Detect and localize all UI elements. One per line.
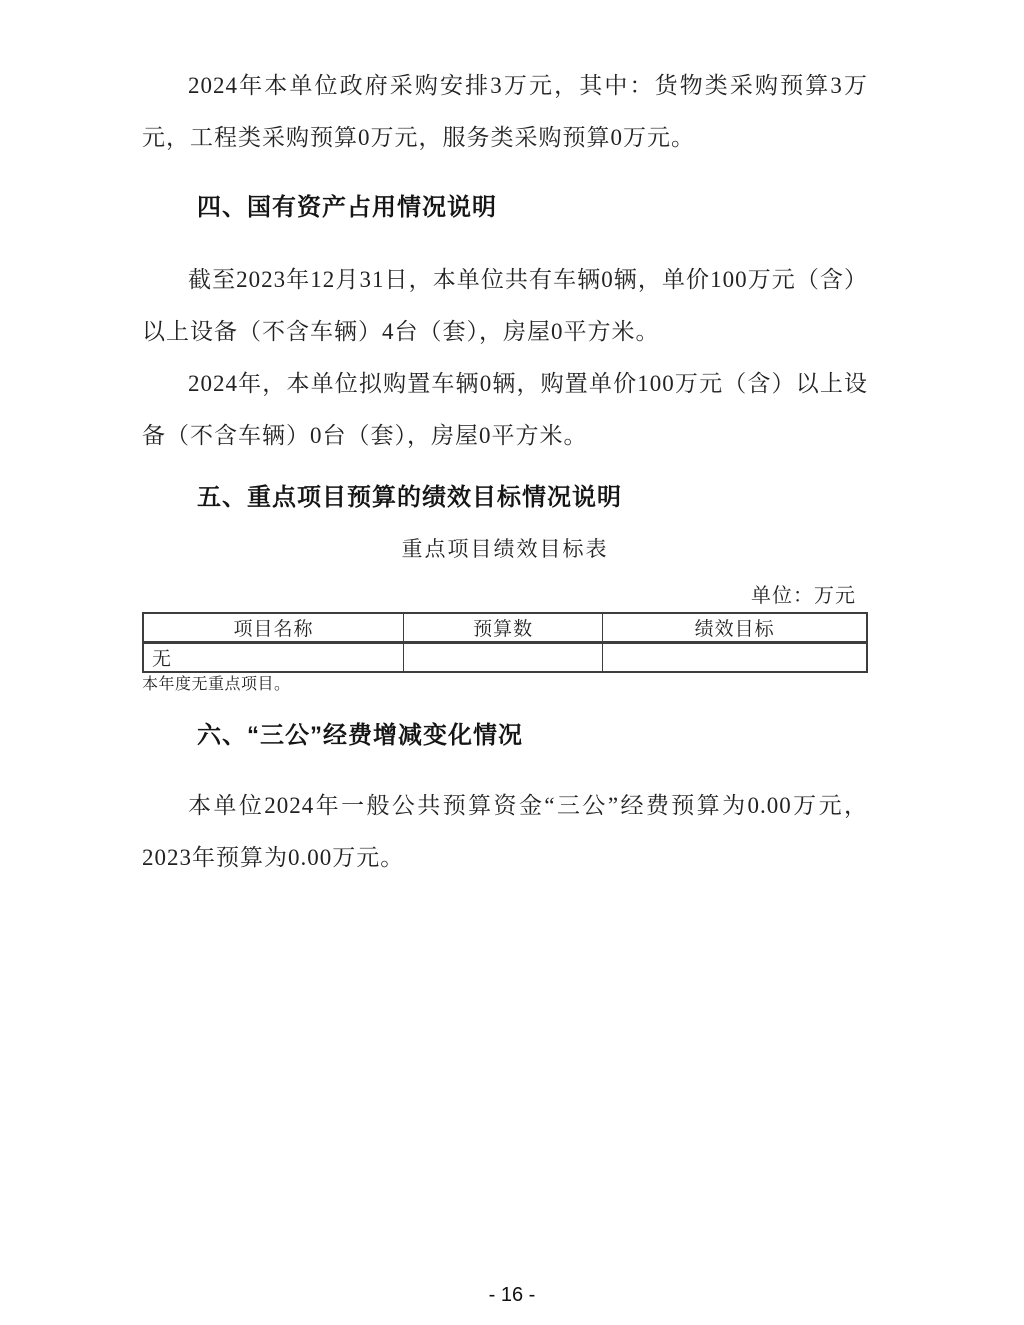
table-unit-label: 单位：万元 [142,582,868,610]
paragraph-assets-current: 截至2023年12月31日，本单位共有车辆0辆，单价100万元（含）以上设备（不… [142,254,868,358]
cell-project-name: 无 [143,643,404,673]
heading-section6: 六、“三公”经费增减变化情况 [142,710,868,762]
page-number: - 16 - [0,1284,1024,1307]
heading-section5: 五、重点项目预算的绩效目标情况说明 [142,472,868,524]
table-header-project-name: 项目名称 [143,613,404,643]
table-header-budget: 预算数 [404,613,603,643]
paragraph-procurement: 2024年本单位政府采购安排3万元，其中：货物类采购预算3万元，工程类采购预算0… [142,60,868,164]
table-note: 本年度无重点项目。 [142,674,868,696]
cell-performance-target [603,643,867,673]
table-row: 无 [143,643,867,673]
performance-target-table: 项目名称 预算数 绩效目标 无 [142,612,868,673]
paragraph-sangong: 本单位2024年一般公共预算资金“三公”经费预算为0.00万元，2023年预算为… [142,780,868,884]
paragraph-assets-planned: 2024年，本单位拟购置车辆0辆，购置单价100万元（含）以上设备（不含车辆）0… [142,358,868,462]
document-page: 2024年本单位政府采购安排3万元，其中：货物类采购预算3万元，工程类采购预算0… [0,0,1024,1325]
table-header-row: 项目名称 预算数 绩效目标 [143,613,867,643]
heading-section4: 四、国有资产占用情况说明 [142,182,868,234]
table-title: 重点项目绩效目标表 [142,530,868,568]
table-header-performance-target: 绩效目标 [603,613,867,643]
cell-budget [404,643,603,673]
